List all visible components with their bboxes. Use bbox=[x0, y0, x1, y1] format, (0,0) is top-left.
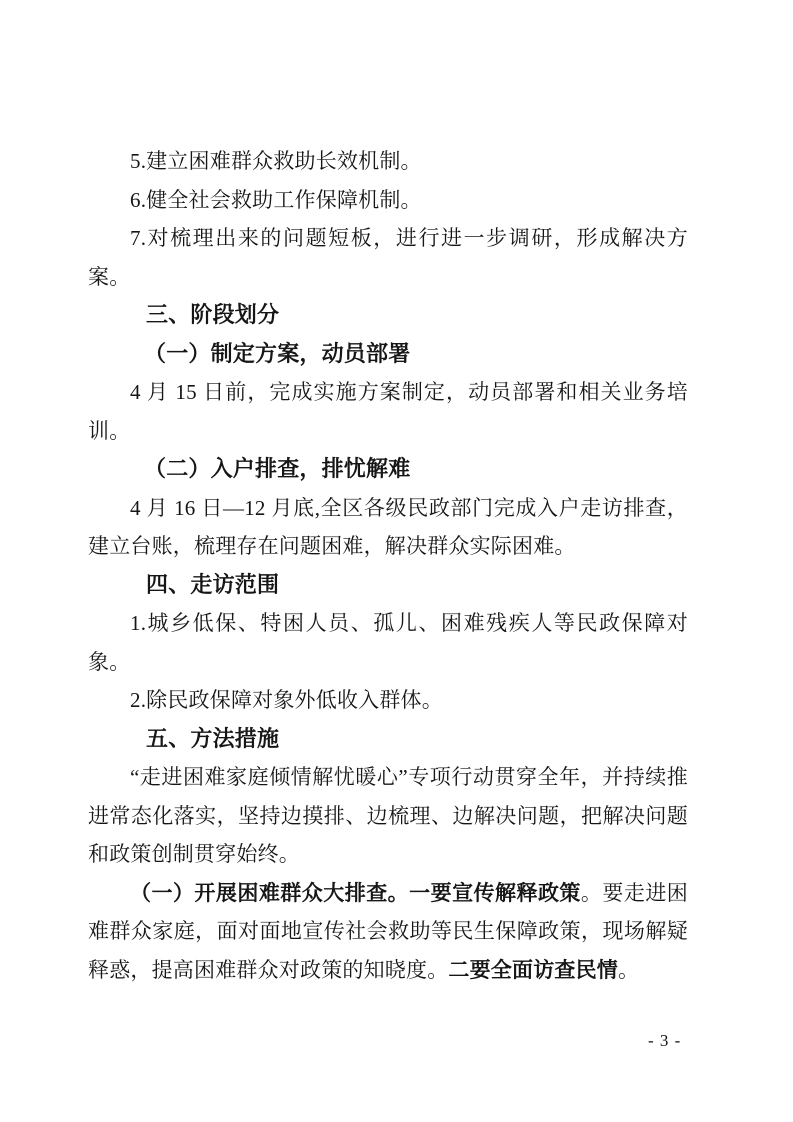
paragraph-text: 2.除民政保障对象外低收入群体。 bbox=[130, 688, 443, 712]
heading-text: （二）入户排查，排忧解难 bbox=[144, 456, 410, 481]
list-item-1: 1.城乡低保、特困人员、孤儿、困难残疾人等民政保障对象。 bbox=[88, 604, 688, 681]
section-heading-stage-division: 三、阶段划分 bbox=[88, 296, 688, 335]
bold-run: 二要全面访查民情 bbox=[448, 958, 618, 982]
body-paragraph-measure-one: （一）开展困难群众大排查。一要宣传解释政策。要走进困难群众家庭，面对面地宣传社会… bbox=[88, 874, 688, 990]
heading-text: 三、阶段划分 bbox=[146, 302, 279, 327]
list-item-6: 6.健全社会救助工作保障机制。 bbox=[88, 181, 688, 220]
paragraph-text: 4 月 16 日—12 月底,全区各级民政部门完成入户走访排查，建立台账，梳理存… bbox=[88, 496, 688, 559]
heading-text: 四、走访范围 bbox=[146, 572, 279, 597]
heading-text: 五、方法措施 bbox=[146, 726, 279, 751]
document-body: 5.建立困难群众救助长效机制。 6.健全社会救助工作保障机制。 7.对梳理出来的… bbox=[88, 142, 688, 989]
paragraph-text: 7.对梳理出来的问题短板，进行进一步调研，形成解决方案。 bbox=[88, 226, 688, 289]
page-number: - 3 - bbox=[648, 1031, 681, 1051]
list-item-2: 2.除民政保障对象外低收入群体。 bbox=[88, 681, 688, 720]
paragraph-text: 。 bbox=[618, 958, 639, 982]
document-page: 5.建立困难群众救助长效机制。 6.健全社会救助工作保障机制。 7.对梳理出来的… bbox=[0, 0, 793, 1122]
paragraph-text: 1.城乡低保、特困人员、孤儿、困难残疾人等民政保障对象。 bbox=[88, 611, 688, 674]
section-heading-visit-scope: 四、走访范围 bbox=[88, 566, 688, 605]
body-paragraph-campaign: “走进困难家庭倾情解忧暖心”专项行动贯穿全年，并持续推进常态化落实，坚持边摸排、… bbox=[88, 758, 688, 874]
section-heading-methods: 五、方法措施 bbox=[88, 720, 688, 759]
paragraph-text: “走进困难家庭倾情解忧暖心”专项行动贯穿全年，并持续推进常态化落实，坚持边摸排、… bbox=[88, 765, 688, 866]
body-paragraph-april15: 4 月 15 日前，完成实施方案制定，动员部署和相关业务培训。 bbox=[88, 373, 688, 450]
subsection-heading-household-survey: （二）入户排查，排忧解难 bbox=[88, 450, 688, 489]
bold-run: （一）开展困难群众大排查。一要宣传解释政策 bbox=[130, 881, 581, 905]
paragraph-text: 5.建立困难群众救助长效机制。 bbox=[130, 149, 422, 173]
body-paragraph-april16: 4 月 16 日—12 月底,全区各级民政部门完成入户走访排查，建立台账，梳理存… bbox=[88, 489, 688, 566]
list-item-5: 5.建立困难群众救助长效机制。 bbox=[88, 142, 688, 181]
list-item-7: 7.对梳理出来的问题短板，进行进一步调研，形成解决方案。 bbox=[88, 219, 688, 296]
heading-text: （一）制定方案，动员部署 bbox=[144, 341, 410, 366]
subsection-heading-plan-mobilize: （一）制定方案，动员部署 bbox=[88, 335, 688, 374]
paragraph-text: 6.健全社会救助工作保障机制。 bbox=[130, 188, 422, 212]
paragraph-text: 4 月 15 日前，完成实施方案制定，动员部署和相关业务培训。 bbox=[88, 380, 688, 443]
